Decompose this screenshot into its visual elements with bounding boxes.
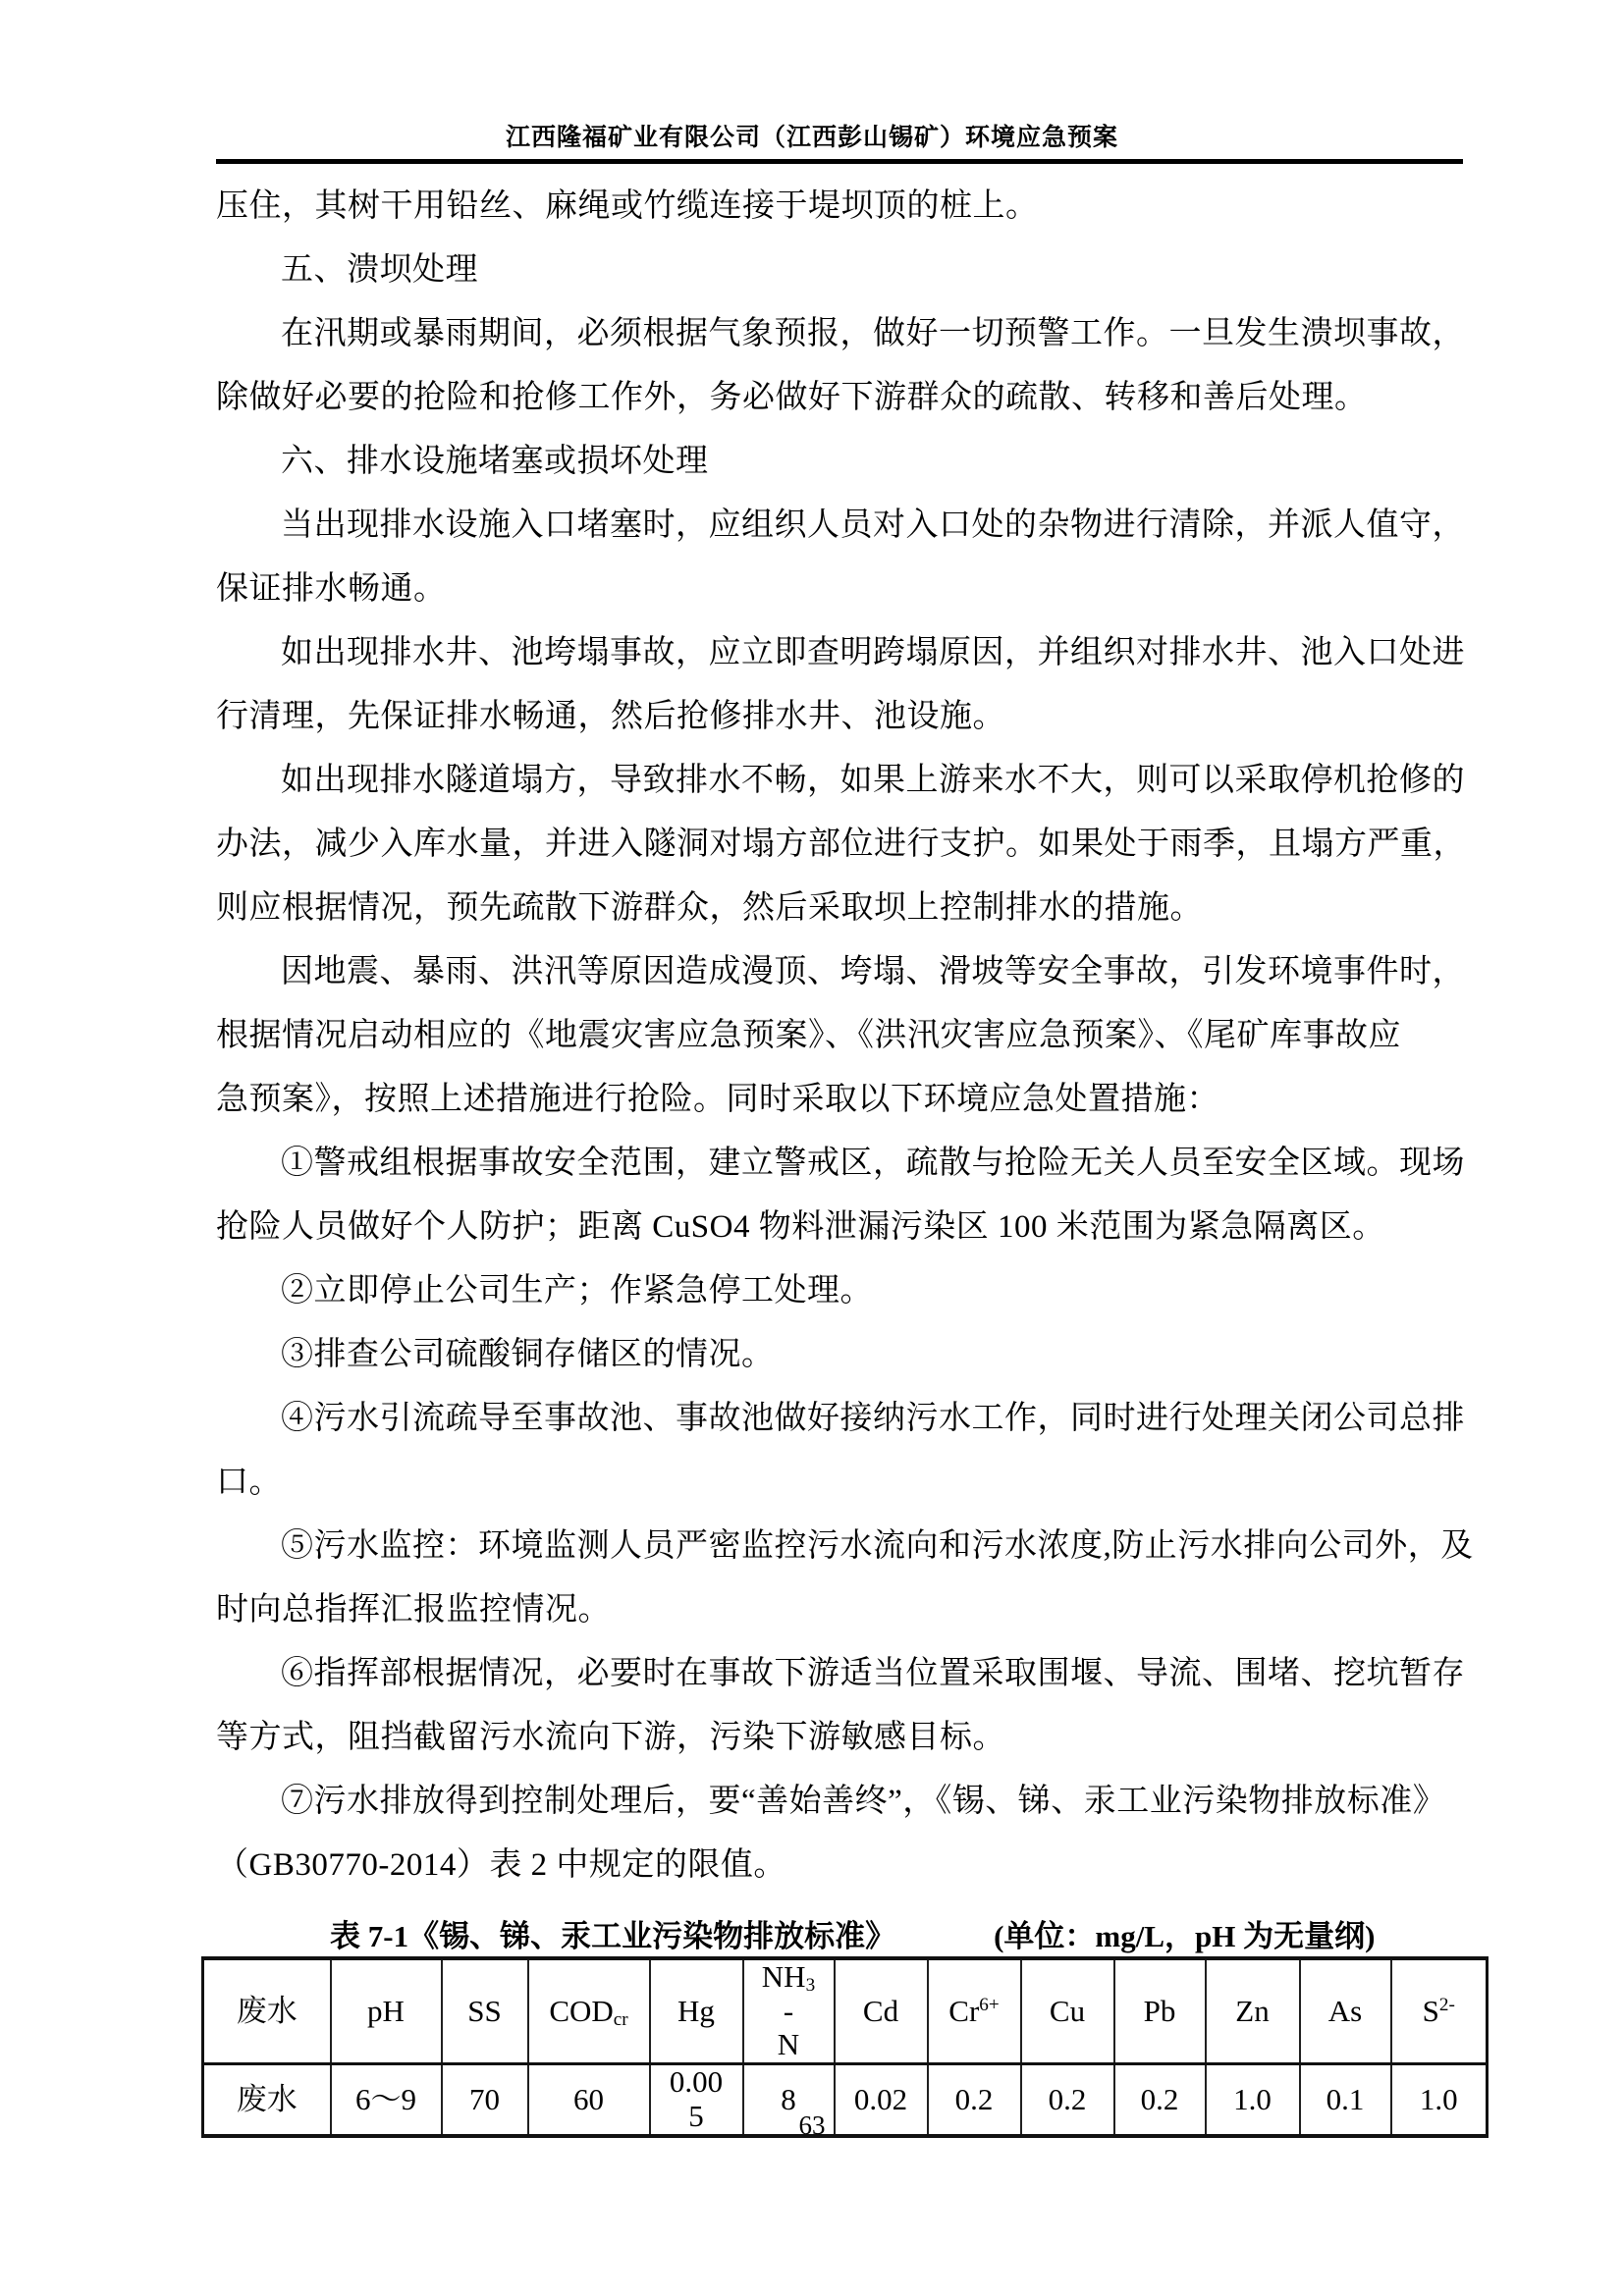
header-rule [216,159,1463,164]
text-line: 在汛期或暴雨期间，必须根据气象预报，做好一切预警工作。一旦发生溃坝事故， [216,302,1485,366]
text-line: 五、溃坝处理 [216,239,1485,302]
text-line: ③排查公司硫酸铜存储区的情况。 [216,1323,1485,1387]
text-line: （GB30770-2014）表 2 中规定的限值。 [216,1834,1485,1897]
page-number: 63 [0,2110,1624,2141]
header-cell-As: As [1300,1958,1391,2064]
text-line: ⑥指挥部根据情况，必要时在事故下游适当位置采取围堰、导流、围堵、挖坑暂存 [216,1642,1485,1706]
text-line: 如出现排水隧道塌方，导致排水不畅，如果上游来水不大，则可以采取停机抢修的 [216,749,1485,813]
text-line: 如出现排水井、池垮塌事故，应立即查明跨塌原因，并组织对排水井、池入口处进 [216,621,1485,685]
header-cell-S2-: S2- [1391,1958,1488,2064]
text-line: 当出现排水设施入口堵塞时，应组织人员对入口处的杂物进行清除，并派人值守， [216,494,1485,558]
text-line: 压住，其树干用铅丝、麻绳或竹缆连接于堤坝顶的桩上。 [216,175,1485,239]
header-cell-Cr6+: Cr6+ [928,1958,1021,2064]
text-line: 根据情况启动相应的《地震灾害应急预案》、《洪汛灾害应急预案》、《尾矿库事故应 [216,1004,1485,1068]
header-cell-Pb: Pb [1114,1958,1206,2064]
text-line: 抢险人员做好个人防护；距离 CuSO4 物料泄漏污染区 100 米范围为紧急隔离… [216,1196,1485,1259]
header-cell-pH: pH [331,1958,442,2064]
body-text: 压住，其树干用铅丝、麻绳或竹缆连接于堤坝顶的桩上。五、溃坝处理在汛期或暴雨期间，… [216,175,1485,1897]
text-line: 时向总指挥汇报监控情况。 [216,1578,1485,1642]
table-header-row: 废水pHSSCODcrHgNH3-NCdCr6+CuPbZnAsS2- [203,1958,1488,2064]
text-line: ④污水引流疏导至事故池、事故池做好接纳污水工作，同时进行处理关闭公司总排 [216,1387,1485,1451]
header-cell-Cd: Cd [835,1958,928,2064]
header-cell-Cu: Cu [1021,1958,1114,2064]
header-cell-NH3-N: NH3-N [743,1958,835,2064]
text-line: ⑤污水监控：环境监测人员严密监控污水流向和污水浓度,防止污水排向公司外，及 [216,1515,1485,1578]
text-line: 办法，减少入库水量，并进入隧洞对塌方部位进行支护。如果处于雨季，且塌方严重， [216,813,1485,877]
header-cell-Zn: Zn [1206,1958,1300,2064]
text-line: 则应根据情况，预先疏散下游群众，然后采取坝上控制排水的措施。 [216,877,1485,940]
header-cell-Hg: Hg [650,1958,743,2064]
header-cell-wastewater: 废水 [203,1958,331,2064]
text-line: 除做好必要的抢险和抢修工作外，务必做好下游群众的疏散、转移和善后处理。 [216,366,1485,430]
document-page: { "colors": { "ink": "#000000", "paper":… [0,0,1624,2296]
header-cell-CODcr: CODcr [528,1958,650,2064]
text-line: ②立即停止公司生产；作紧急停工处理。 [216,1259,1485,1323]
text-line: 急预案》，按照上述措施进行抢险。同时采取以下环境应急处置措施： [216,1068,1485,1132]
text-line: ⑦污水排放得到控制处理后，要“善始善终”，《锡、锑、汞工业污染物排放标准》 [216,1770,1485,1834]
text-line: 行清理，先保证排水畅通，然后抢修排水井、池设施。 [216,685,1485,749]
text-line: 口。 [216,1451,1485,1515]
table-caption-title: 表 7-1《锡、锑、汞工业污染物排放标准》 [330,1919,895,1953]
page-header-title: 江西隆福矿业有限公司（江西彭山锡矿）环境应急预案 [0,118,1624,153]
text-line: 六、排水设施堵塞或损坏处理 [216,430,1485,494]
table-caption: 表 7-1《锡、锑、汞工业污染物排放标准》(单位：mg/L，pH 为无量纲) [330,1911,1375,1955]
text-line: 因地震、暴雨、洪汛等原因造成漫顶、垮塌、滑坡等安全事故，引发环境事件时， [216,940,1485,1004]
header-cell-SS: SS [442,1958,528,2064]
table-caption-unit: (单位：mg/L，pH 为无量纲) [994,1919,1375,1953]
text-line: 保证排水畅通。 [216,558,1485,621]
text-line: 等方式，阻挡截留污水流向下游，污染下游敏感目标。 [216,1706,1485,1770]
text-line: ①警戒组根据事故安全范围，建立警戒区，疏散与抢险无关人员至安全区域。现场 [216,1132,1485,1196]
